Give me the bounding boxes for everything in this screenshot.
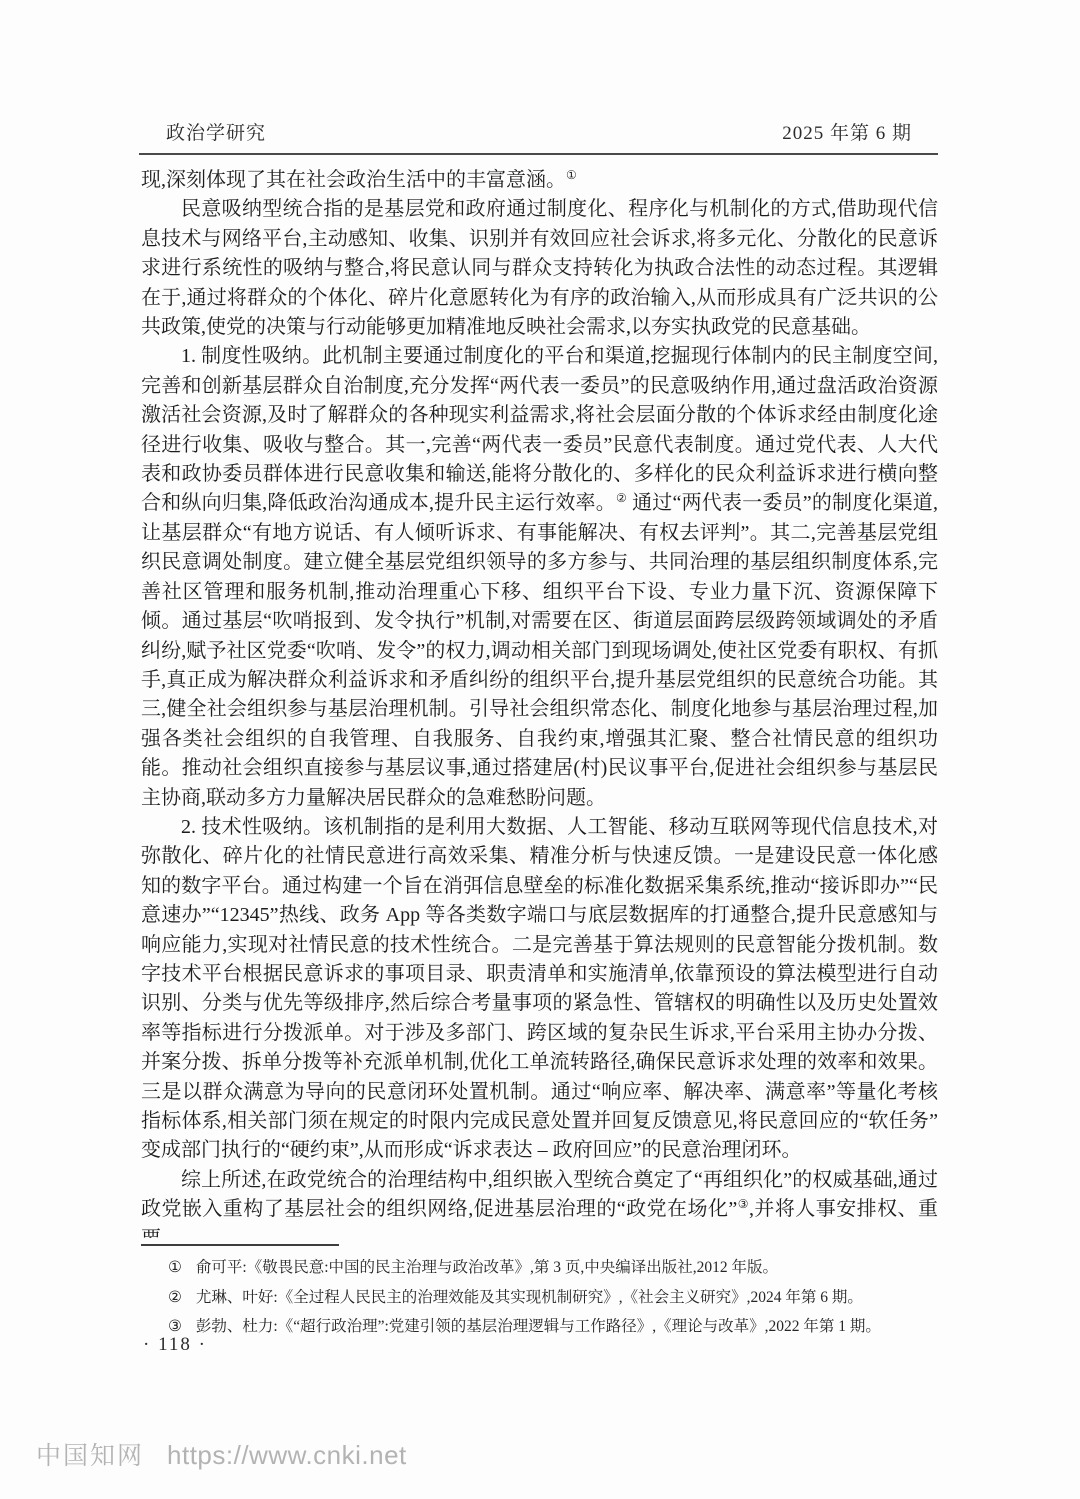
- paragraph-text: 通过“两代表一委员”的制度化渠道,让基层群众“有地方说话、有人倾听诉求、有事能解…: [141, 492, 938, 808]
- article-body: 现,深刻体现了其在社会政治生活中的丰富意涵。① 民意吸纳型统合指的是基层党和政府…: [141, 166, 938, 1238]
- footnote-ref-2: ②: [616, 491, 627, 505]
- journal-title: 政治学研究: [166, 118, 266, 145]
- cnki-watermark: 中国知网 https://www.cnki.net: [36, 1436, 407, 1472]
- footnote-marker: ①: [168, 1253, 182, 1283]
- paragraph-technical-absorption: 2. 技术性吸纳。该机制指的是利用大数据、人工智能、移动互联网等现代信息技术,对…: [141, 813, 938, 1166]
- paragraph-text: 1. 制度性吸纳。此机制主要通过制度化的平台和渠道,挖掘现行体制内的民主制度空间…: [141, 345, 938, 514]
- footnote-item: ② 尤琳、叶好:《全过程人民民主的治理效能及其实现机制研究》,《社会主义研究》,…: [168, 1283, 940, 1313]
- footnote-marker: ②: [168, 1283, 182, 1313]
- running-header: 政治学研究 2025 年第 6 期: [139, 118, 938, 155]
- footnote-ref-1: ①: [566, 168, 577, 182]
- paragraph-continuation: 现,深刻体现了其在社会政治生活中的丰富意涵。①: [141, 166, 938, 195]
- paragraph-institutional-absorption: 1. 制度性吸纳。此机制主要通过制度化的平台和渠道,挖掘现行体制内的民主制度空间…: [141, 342, 938, 813]
- paragraph-definition: 民意吸纳型统合指的是基层党和政府通过制度化、程序化与机制化的方式,借助现代信息技…: [141, 195, 938, 342]
- footnotes: ① 俞可平:《敬畏民意:中国的民主治理与政治改革》,第 3 页,中央编译出版社,…: [168, 1253, 940, 1342]
- cnki-url: https://www.cnki.net: [167, 1440, 407, 1471]
- paragraph-summary: 综上所述,在政党统合的治理结构中,组织嵌入型统合奠定了“再组织化”的权威基础,通…: [141, 1166, 938, 1238]
- paragraph-text: 民意吸纳型统合指的是基层党和政府通过制度化、程序化与机制化的方式,借助现代信息技…: [141, 198, 938, 338]
- footnote-text: 俞可平:《敬畏民意:中国的民主治理与政治改革》,第 3 页,中央编译出版社,20…: [196, 1253, 778, 1283]
- cnki-brand: 中国知网: [36, 1436, 144, 1472]
- footnote-text: 尤琳、叶好:《全过程人民民主的治理效能及其实现机制研究》,《社会主义研究》,20…: [196, 1283, 863, 1313]
- issue-label: 2025 年第 6 期: [782, 118, 912, 145]
- paragraph-text: 现,深刻体现了其在社会政治生活中的丰富意涵。: [141, 169, 566, 191]
- footnote-item: ① 俞可平:《敬畏民意:中国的民主治理与政治改革》,第 3 页,中央编译出版社,…: [168, 1253, 940, 1283]
- paragraph-text: 2. 技术性吸纳。该机制指的是利用大数据、人工智能、移动互联网等现代信息技术,对…: [141, 816, 938, 1161]
- page-number: · 118 ·: [143, 1334, 207, 1356]
- footnote-separator: [141, 1244, 339, 1246]
- footnote-text: 彭勃、杜力:《“超行政治理”:党建引领的基层治理逻辑与工作路径》,《理论与改革》…: [196, 1312, 881, 1342]
- footnote-item: ③ 彭勃、杜力:《“超行政治理”:党建引领的基层治理逻辑与工作路径》,《理论与改…: [168, 1312, 940, 1342]
- footnote-ref-3: ③: [737, 1197, 749, 1211]
- scanned-journal-page: { "header": { "journal": "政治学研究", "issue…: [0, 0, 1080, 1499]
